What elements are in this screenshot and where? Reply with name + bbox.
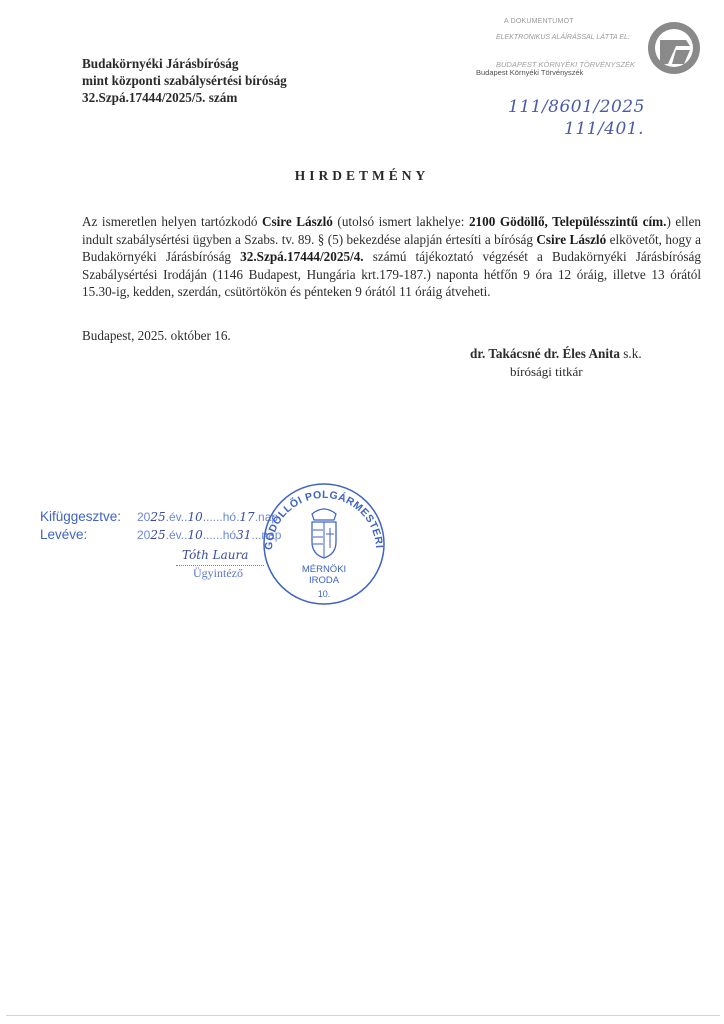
svg-text:GÖDÖLLŐI POLGÁRMESTERI HIVATAL: GÖDÖLLŐI POLGÁRMESTERI HIVATAL [254,480,385,550]
esign-line2: ELEKTRONIKUS ALÁÍRÁSSAL LÁTTA EL: [496,34,630,41]
case-number: 32.Szpá.17444/2025/5. szám [82,89,287,106]
body-text-1: Az ismeretlen helyen tartózkodó [82,214,262,229]
signatory-name: dr. Takácsné dr. Éles Anita [470,346,620,361]
registration-line2: 111/401. [508,118,645,140]
posted-year-unit: .év.. [166,510,188,524]
offender-name: Csire László [262,214,333,229]
removed-year-unit: .év.. [166,528,188,542]
posted-day: 17 [239,510,254,524]
seal-center-line2: IRODA [309,575,340,586]
removed-month-unit: ......hó [203,528,236,542]
body-text-2: (utolsó ismert lakhelye: [333,214,469,229]
posted-year: 25 [150,510,165,524]
place-and-date: Budapest, 2025. október 16. [82,328,231,344]
court-header: Budakörnyéki Járásbíróság mint központi … [82,55,287,106]
electronic-signature-stamp: A DOKUMENTUMOT ELEKTRONIKUS ALÁÍRÁSSAL L… [470,16,724,86]
offender-address: 2100 Gödöllő, Településszintű cím. [469,214,667,229]
officer-signature: Tóth Laura [182,548,248,562]
court-logo-icon [646,20,702,76]
posted-month-unit: ......hó. [203,510,240,524]
esign-line1: A DOKUMENTUMOT [504,18,574,25]
posted-row: Kifüggesztve: 2025.év..10......hó.17.nap [40,508,281,526]
seal-number: 10. [318,589,331,599]
page-bottom-rule [6,1015,720,1016]
official-round-seal: GÖDÖLLŐI POLGÁRMESTERI HIVATAL MÉRNÖKI I… [254,480,394,608]
removed-month: 10 [187,528,202,542]
posted-label: Kifüggesztve: [40,508,137,526]
removed-year: 25 [150,528,165,542]
removed-row: Levéve: 2025.év..10......hó31...nap [40,526,281,544]
removed-year-prefix: 20 [137,528,150,542]
court-role: mint központi szabálysértési bíróság [82,72,287,89]
posted-year-prefix: 20 [137,510,150,524]
officer-label: Ügyintéző [193,566,243,581]
esign-line4: Budapest Környéki Törvényszék [476,68,583,77]
hungarian-coat-of-arms-icon [312,509,336,558]
handwritten-registration-number: 111/8601/2025 111/401. [508,96,645,140]
signatory-suffix: s.k. [620,346,642,361]
seal-ring-text: GÖDÖLLŐI POLGÁRMESTERI HIVATAL [254,480,385,550]
removed-label: Levéve: [40,526,137,544]
notice-body: Az ismeretlen helyen tartózkodó Csire Lá… [82,213,701,301]
removed-day: 31 [236,528,251,542]
document-title: HIRDETMÉNY [0,168,724,184]
posting-stamp: Kifüggesztve: 2025.év..10......hó.17.nap… [40,508,281,544]
court-name: Budakörnyéki Járásbíróság [82,55,287,72]
posted-month: 10 [187,510,202,524]
referenced-case-number: 32.Szpá.17444/2025/4. [240,249,363,264]
signatory: dr. Takácsné dr. Éles Anita s.k. [470,346,642,362]
offender-name-2: Csire László [536,232,606,247]
registration-line1: 111/8601/2025 [508,96,645,118]
signatory-title: bírósági titkár [510,364,583,380]
seal-center-line1: MÉRNÖKI [302,564,346,575]
